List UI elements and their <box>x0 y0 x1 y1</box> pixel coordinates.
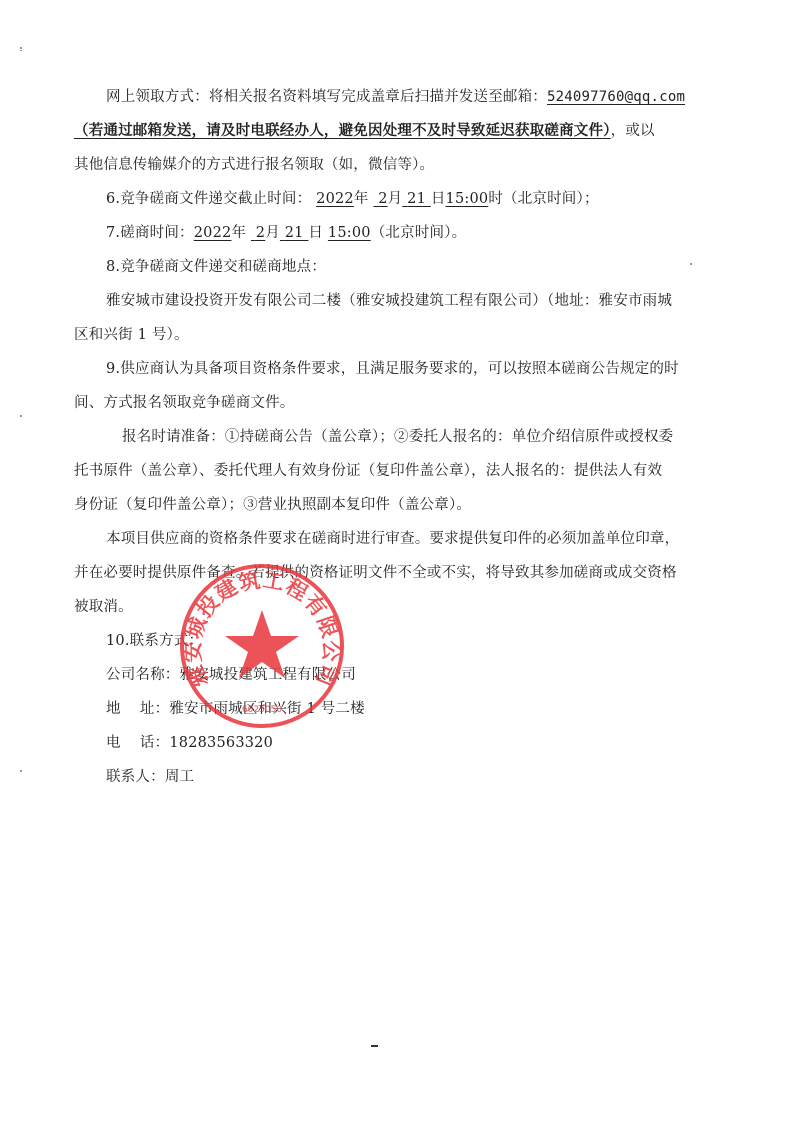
item7-year: 2022 <box>194 225 232 241</box>
item7-time: 7.磋商时间：2022年 2月 21 日 15:00（北京时间）。 <box>106 223 466 243</box>
item6-month: 2 <box>378 191 387 207</box>
registration-line2: 托书原件（盖公章）、委托代理人有效身份证（复印件盖公章），法人报名的：提供法人有… <box>74 461 662 481</box>
phone-label: 电 话： <box>106 735 169 751</box>
page-mark <box>371 1045 378 1047</box>
item6-day-unit: 日 <box>431 191 446 207</box>
review-line1: 本项目供应商的资格条件要求在磋商时进行审查。要求提供复印件的必须加盖单位印章， <box>106 529 679 549</box>
item6-suffix: 时（北京时间）； <box>488 191 598 207</box>
review-line2: 并在必要时提供原件备查。若提供的资格证明文件不全或不实，将导致其参加磋商或成交资… <box>74 563 677 583</box>
email-link[interactable]: 524097760@qq.com <box>547 89 685 105</box>
scan-speck <box>20 47 22 49</box>
item6-day: 21 <box>407 191 426 207</box>
item6-prefix: 6.竞争磋商文件递交截止时间： <box>106 191 311 207</box>
item6-month-unit: 月 <box>388 191 403 207</box>
phone-row: 电 话：18283563320 <box>106 733 273 753</box>
email-note: （若通过邮箱发送，请及时电联经办人，避免因处理不及时导致延迟获取磋商文件） <box>74 122 611 139</box>
review-line3: 被取消。 <box>74 597 133 617</box>
item8-title: 8.竞争磋商文件递交和磋商地点： <box>106 257 326 277</box>
contact-label: 联系人： <box>106 769 165 785</box>
online-pickup-line3: 其他信息传输媒介的方式进行报名领取（如，微信等）。 <box>74 155 434 175</box>
online-pickup-line2: （若通过邮箱发送，请及时电联经办人，避免因处理不及时导致延迟获取磋商文件），或以 <box>74 121 655 141</box>
scan-speck <box>690 263 692 265</box>
scan-speck <box>20 415 22 417</box>
registration-line3: 身份证（复印件盖公章）；③营业执照副本复印件（盖公章）。 <box>74 495 471 515</box>
item7-day-unit: 日 <box>308 225 323 241</box>
scan-speck <box>20 50 22 51</box>
item7-year-unit: 年 <box>231 225 246 241</box>
item7-day: 21 <box>285 225 304 241</box>
company-seal-icon: 雅安城投建筑工程有限公司 6025050 <box>178 562 346 730</box>
address-label: 地 址： <box>106 701 169 717</box>
item7-prefix: 7.磋商时间： <box>106 225 194 241</box>
online-pickup-label: 网上领取方式： <box>106 89 209 105</box>
online-pickup-line1: 网上领取方式：将相关报名资料填写完成盖章后扫描并发送至邮箱：524097760@… <box>106 87 685 107</box>
online-pickup-text: 将相关报名资料填写完成盖章后扫描并发送至邮箱： <box>209 89 547 105</box>
item6-deadline: 6.竞争磋商文件递交截止时间： 2022年 2月 21 日15:00时（北京时间… <box>106 189 599 209</box>
item9-line1: 9.供应商认为具备项目资格条件要求，且满足服务要求的，可以按照本磋商公告规定的时 <box>106 359 679 379</box>
item8-line1: 雅安城市建设投资开发有限公司二楼（雅安城投建筑工程有限公司）（地址：雅安市雨城 <box>106 291 672 311</box>
item6-time: 15:00 <box>446 191 489 207</box>
phone-value: 18283563320 <box>169 735 273 751</box>
item7-month: 2 <box>256 225 265 241</box>
svg-text:6025050: 6025050 <box>242 705 282 715</box>
company-label: 公司名称： <box>106 667 180 683</box>
scan-speck <box>20 770 22 772</box>
item6-year-unit: 年 <box>354 191 369 207</box>
item8-line2: 区和兴街 1 号）。 <box>74 325 189 345</box>
contact-value: 周工 <box>165 769 194 785</box>
item7-month-unit: 月 <box>265 225 280 241</box>
registration-line1: 报名时请准备：①持磋商公告（盖公章）；②委托人报名的：单位介绍信原件或授权委 <box>122 427 673 447</box>
online-pickup-tail: ，或以 <box>611 123 655 139</box>
item6-year: 2022 <box>316 191 354 207</box>
contact-row: 联系人：周工 <box>106 767 194 787</box>
item9-line2: 间、方式报名领取竞争磋商文件。 <box>74 393 295 413</box>
item7-time-value: 15:00 <box>328 225 371 241</box>
document-page: 网上领取方式：将相关报名资料填写完成盖章后扫描并发送至邮箱：524097760@… <box>0 0 800 1131</box>
item7-suffix: （北京时间）。 <box>371 225 467 241</box>
